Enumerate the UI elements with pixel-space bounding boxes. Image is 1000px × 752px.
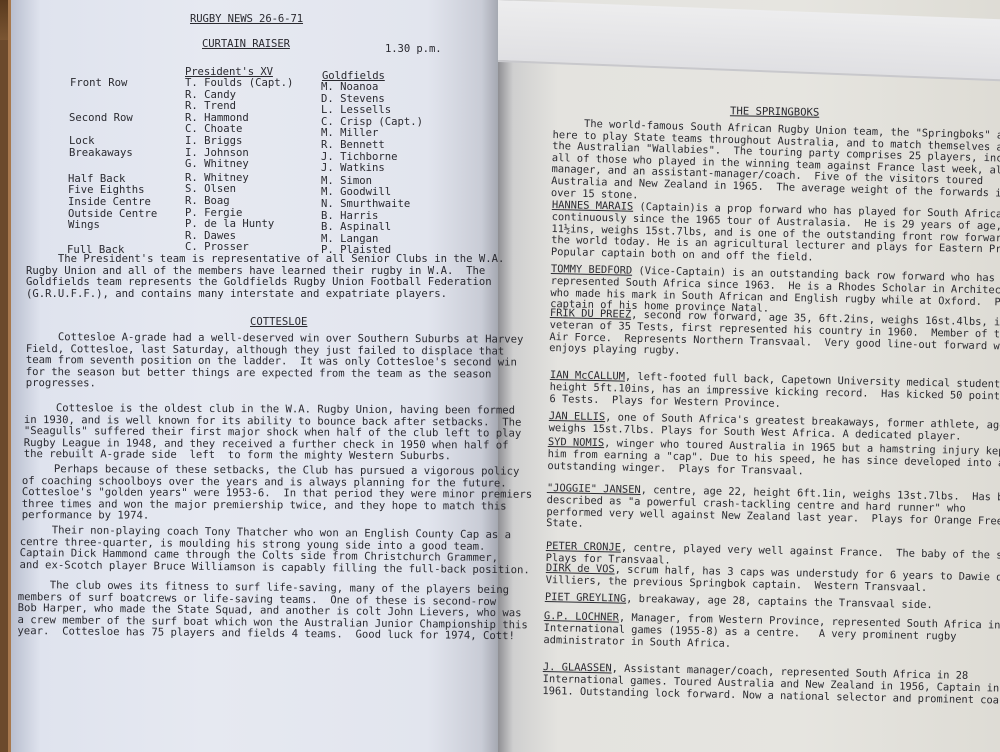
player-profile-name: TOMMY BEDFORD xyxy=(551,263,633,277)
player-profile-name: IAN McCALLUM xyxy=(550,369,625,383)
position-label: Half Back xyxy=(68,173,125,185)
cottesloe-paragraph: Cottesloe A-grade had a well-deserved wi… xyxy=(26,332,524,393)
player-profile-name: "JOGGIE" JANSEN xyxy=(547,482,641,496)
player-name-team-a: C. Prosser xyxy=(185,241,249,253)
springboks-heading: THE SPRINGBOKS xyxy=(730,105,819,119)
player-name-team-b: B. Harris xyxy=(321,210,378,222)
player-name-team-a: R. Whitney xyxy=(185,172,249,184)
position-label: Outside Centre xyxy=(68,208,157,220)
player-name-team-a: P. de la Hunty xyxy=(185,218,274,230)
player-profile-name: G.P. LOCHNER xyxy=(544,610,619,624)
intro-paragraph: The President's team is representative o… xyxy=(26,254,504,300)
position-label: Wings xyxy=(68,219,100,231)
player-profile-name: HANNES MARAIS xyxy=(552,199,634,213)
player-name-team-b: L. Lessells xyxy=(321,104,391,116)
player-name-team-a: T. Foulds (Capt.) xyxy=(185,77,293,89)
player-name-team-a: R. Hammond xyxy=(185,112,249,124)
player-name-team-a: R. Boag xyxy=(185,195,230,207)
position-label: Five Eighths xyxy=(68,184,145,196)
player-name-team-b: J. Watkins xyxy=(321,162,385,174)
newsletter-title: RUGBY NEWS 26-6-71 xyxy=(190,14,303,25)
player-name-team-a: I. Briggs xyxy=(185,135,242,147)
curtain-raiser-heading: CURTAIN RAISER xyxy=(202,39,290,50)
player-name-team-a: R. Trend xyxy=(185,100,236,112)
player-name-team-b: D. Stevens xyxy=(321,93,385,105)
position-label: Lock xyxy=(69,135,95,147)
player-name-team-b: M. Goodwill xyxy=(321,186,391,198)
player-name-team-b: J. Tichborne xyxy=(321,151,398,163)
player-name-team-a: R. Candy xyxy=(185,89,236,101)
cottesloe-heading: COTTESLOE xyxy=(250,316,307,328)
player-profile: HANNES MARAIS (Captain)is a prop forward… xyxy=(551,200,1000,269)
position-label: Front Row xyxy=(70,77,127,89)
player-name-team-a: C. Choate xyxy=(185,123,242,135)
cottesloe-paragraph: Their non-playing coach Tony Thatcher wh… xyxy=(20,525,531,577)
cottesloe-paragraph: The club owes its fitness to surf life-s… xyxy=(17,580,528,643)
player-profile-name: FRIK DU PREEZ xyxy=(550,307,632,321)
player-name-team-b: M. Langan xyxy=(321,233,378,245)
player-profile: "JOGGIE" JANSEN, centre, age 22, height … xyxy=(546,483,1000,540)
player-profile-name: JAN ELLIS xyxy=(549,410,606,423)
player-name-team-a: S. Olsen xyxy=(185,183,236,195)
player-name-team-b: C. Crisp (Capt.) xyxy=(321,116,423,128)
player-name-team-b: M. Noanoa xyxy=(321,81,378,93)
player-name-team-b: M. Simon xyxy=(321,175,372,187)
kickoff-time: 1.30 p.m. xyxy=(385,44,442,55)
player-name-team-b: B. Aspinall xyxy=(321,221,391,233)
player-profile-name: J. GLAASSEN xyxy=(543,661,612,674)
position-label: Inside Centre xyxy=(68,196,151,208)
springboks-intro-paragraph: The world-famous South African Rugby Uni… xyxy=(551,118,1000,213)
player-name-team-b: R. Bennett xyxy=(321,139,385,151)
player-name-team-a: I. Johnson xyxy=(185,147,249,159)
position-label: Breakaways xyxy=(69,147,133,159)
cottesloe-paragraph: Perhaps because of these setbacks, the C… xyxy=(22,464,533,525)
player-name-team-a: P. Fergie xyxy=(185,207,242,219)
cottesloe-paragraph: Cottesloe is the oldest club in the W.A.… xyxy=(24,403,522,464)
player-profile-name: PIET GREYLING xyxy=(545,591,627,605)
player-name-team-b: N. Smurthwaite xyxy=(321,198,410,210)
player-name-team-a: R. Dawes xyxy=(185,230,236,242)
player-profile-name: DIRK de VOS xyxy=(546,562,615,575)
player-name-team-b: M. Miller xyxy=(321,127,378,139)
player-name-team-a: G. Whitney xyxy=(185,158,249,170)
player-profile-name: PETER CRONJE xyxy=(546,540,621,554)
position-label: Second Row xyxy=(69,112,133,124)
player-profile-name: SYD NOMIS xyxy=(548,436,605,449)
